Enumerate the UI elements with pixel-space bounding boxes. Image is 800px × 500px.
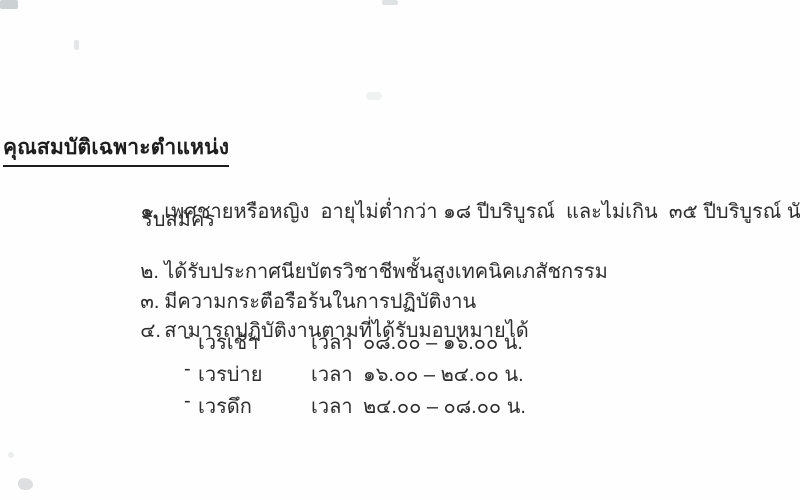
shift-name: เวรบ่าย [198,358,262,390]
shift-time-range: ๑๖.๐๐ – ๒๔.๐๐ น. [363,358,524,390]
scan-artifact [8,452,14,458]
shift-name: เวรเช้า [198,326,258,358]
shift-time-label: เวลา [311,390,353,422]
list-item-1-continuation: รับสมัคร [142,203,215,235]
scan-artifact [18,478,33,490]
dash-bullet: - [184,358,191,381]
section-heading: คุณสมบัติเฉพาะตำแหน่ง [3,131,229,167]
shift-row-night: - เวรดึก เวลา ๒๔.๐๐ – ๐๘.๐๐ น. [184,390,644,418]
scan-artifact [382,0,398,5]
scan-artifact [366,92,382,100]
shift-time-label: เวลา [311,326,353,358]
shift-time-range: ๐๘.๐๐ – ๑๖.๐๐ น. [363,326,523,358]
item-text: เพศชายหรือหญิง อายุไม่ต่ำกว่า ๑๘ ปีบริบู… [164,201,800,223]
scan-artifact [74,40,79,50]
scan-artifact [0,0,18,9]
shift-row-afternoon: - เวรบ่าย เวลา ๑๖.๐๐ – ๒๔.๐๐ น. [184,358,644,386]
shift-time-label: เวลา [311,358,353,390]
shift-name: เวรดึก [198,390,252,422]
scanned-document-page: คุณสมบัติเฉพาะตำแหน่ง ๑.เพศชายหรือหญิง อ… [0,0,800,500]
dash-bullet: - [184,390,191,413]
shift-time-range: ๒๔.๐๐ – ๐๘.๐๐ น. [363,390,526,422]
dash-bullet: - [184,326,191,349]
item-number: ๔. [140,314,164,346]
shift-row-morning: - เวรเช้า เวลา ๐๘.๐๐ – ๑๖.๐๐ น. [184,326,644,354]
